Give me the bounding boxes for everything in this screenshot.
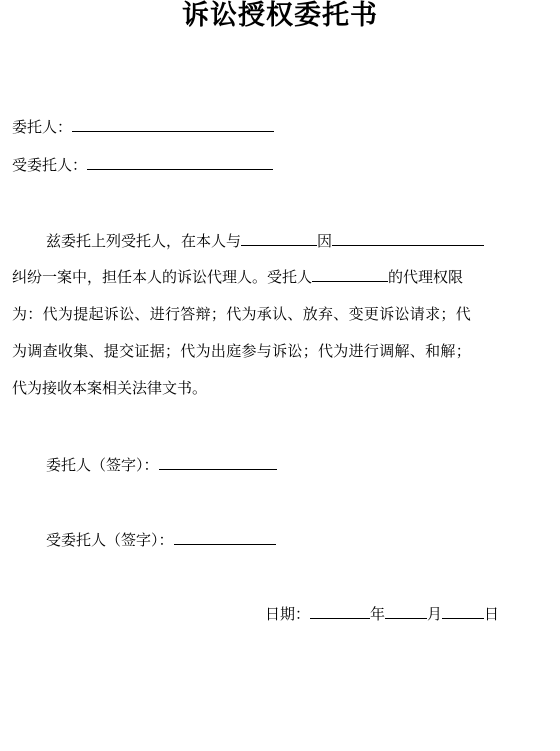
- date-label: 日期：: [265, 605, 310, 623]
- agent-signature-row: 受委托人（签字）：: [46, 530, 276, 550]
- agent-signature-label: 受委托人（签字）：: [46, 531, 174, 549]
- year-label: 年: [370, 605, 385, 623]
- principal-row: 委托人：: [12, 117, 274, 137]
- principal-label: 委托人：: [12, 118, 72, 136]
- month-blank[interactable]: [385, 604, 427, 619]
- body-line-2: 纠纷一案中，担任本人的诉讼代理人。受托人的代理权限: [12, 267, 463, 287]
- body-line-5: 代为接收本案相关法律文书。: [12, 378, 207, 398]
- principal-signature-blank[interactable]: [159, 455, 277, 470]
- day-label: 日: [484, 605, 499, 623]
- day-blank[interactable]: [442, 604, 484, 619]
- opposing-party-blank[interactable]: [241, 231, 317, 246]
- body-line-1: 兹委托上列受托人，在本人与因: [46, 231, 484, 251]
- agent-name-blank[interactable]: [312, 267, 388, 282]
- month-label: 月: [427, 605, 442, 623]
- principal-blank[interactable]: [72, 117, 274, 132]
- agent-signature-blank[interactable]: [174, 530, 276, 545]
- agent-blank[interactable]: [87, 155, 273, 170]
- agent-row: 受委托人：: [12, 155, 273, 175]
- body-text: 的代理权限: [388, 268, 463, 286]
- principal-signature-label: 委托人（签字）：: [46, 456, 159, 474]
- principal-signature-row: 委托人（签字）：: [46, 455, 277, 475]
- cause-blank[interactable]: [332, 231, 484, 246]
- body-text: 兹委托上列受托人，在本人与: [46, 232, 241, 250]
- document-title: 诉讼授权委托书: [0, 0, 560, 36]
- date-row: 日期：年月日: [265, 604, 499, 624]
- year-blank[interactable]: [310, 604, 370, 619]
- body-line-4: 为调查收集、提交证据；代为出庭参与诉讼；代为进行调解、和解；: [12, 341, 471, 361]
- agent-label: 受委托人：: [12, 156, 87, 174]
- body-text: 纠纷一案中，担任本人的诉讼代理人。受托人: [12, 268, 312, 286]
- body-line-3: 为：代为提起诉讼、进行答辩；代为承认、放弃、变更诉讼请求；代: [12, 304, 471, 324]
- body-text: 因: [317, 232, 332, 250]
